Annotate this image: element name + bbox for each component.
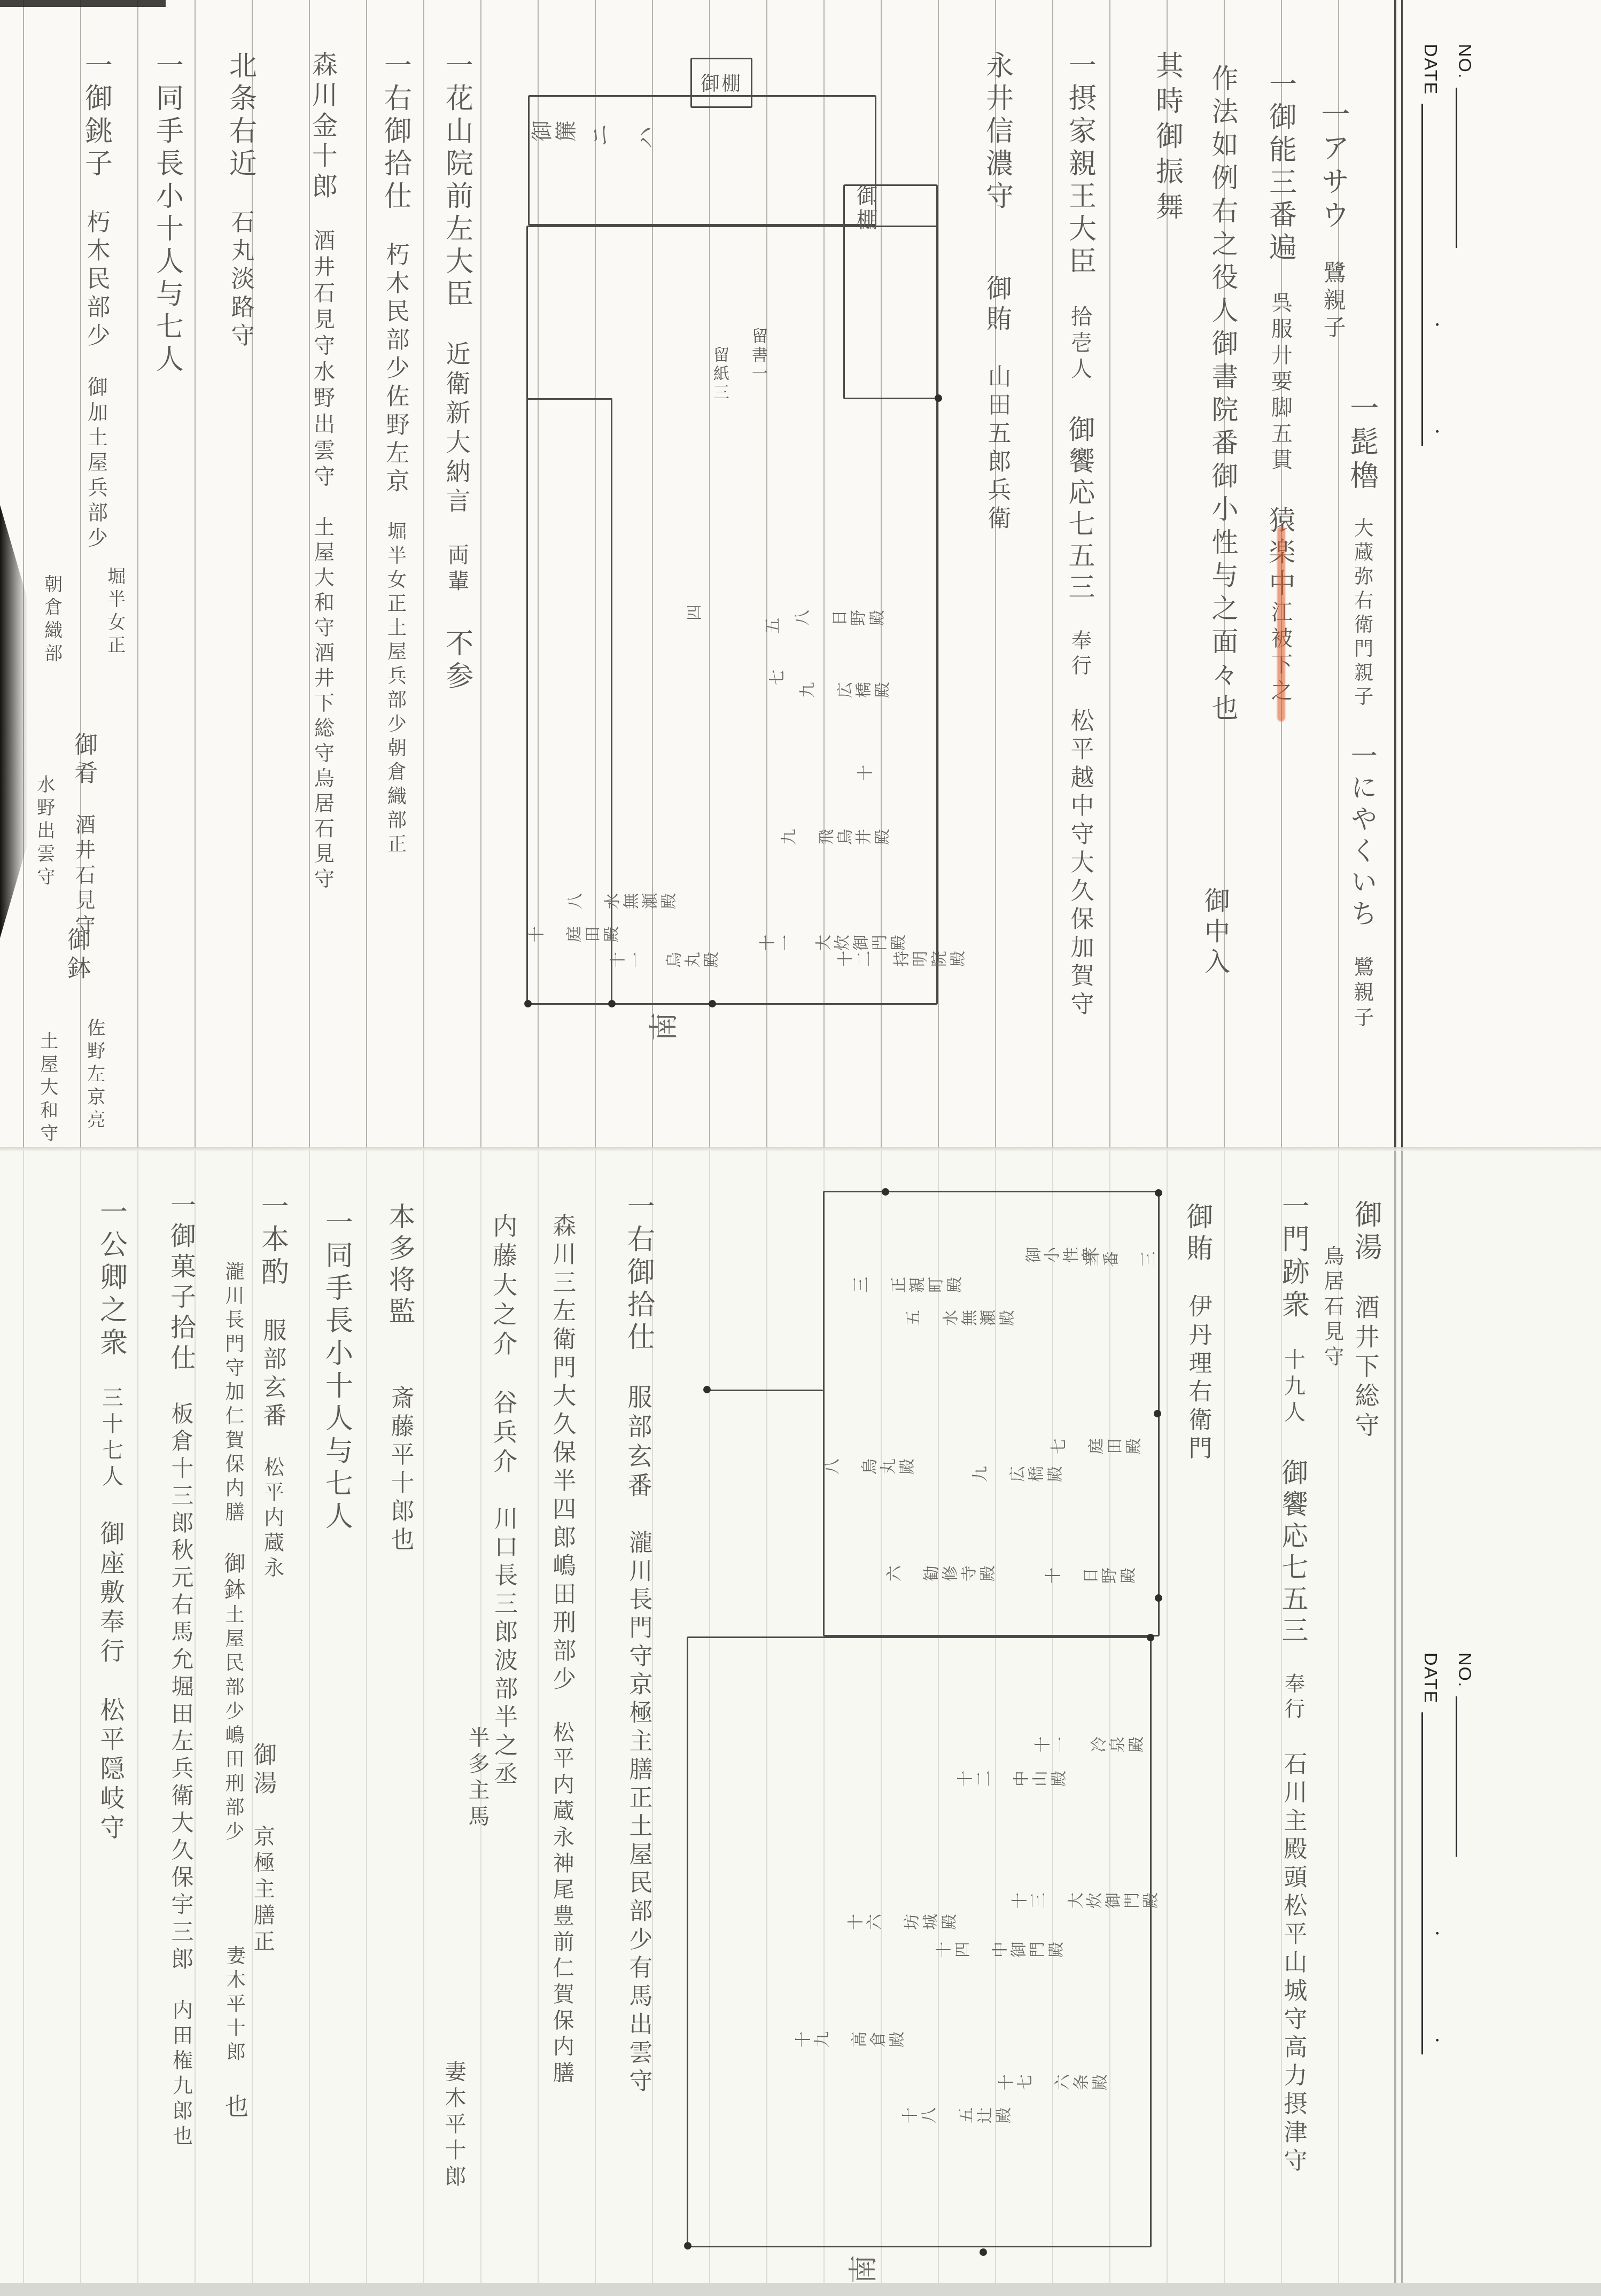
handwritten-text: 十九人: [1281, 1322, 1305, 1427]
seat-name-label: 南: [848, 2251, 880, 2292]
handwritten-text: 奉行: [1281, 1648, 1305, 1723]
handwritten-column: 瀧川長門守加仁賀保内膳 御鉢土屋民部少嶋田刑部少: [222, 1261, 244, 1845]
diagram-corner-dot: [703, 1386, 711, 1393]
handwritten-text: 一御菓子拾仕: [166, 1192, 196, 1375]
seat-name-label: 十六 坊城殿: [847, 1912, 959, 1936]
handwritten-column: 妻木平十郎: [442, 2060, 465, 2191]
handwritten-column: 御湯 酒井下総守: [1351, 1200, 1380, 1441]
handwritten-text: 波部半之丞: [490, 1648, 517, 1789]
seat-name-label: 十 日野殿: [1045, 1566, 1138, 1589]
seating-diagram-box: [687, 1636, 1152, 2247]
seating-diagram-line: [707, 1390, 823, 1391]
handwritten-text: 本多将監: [385, 1203, 416, 1329]
diagram-corner-dot: [1155, 1594, 1162, 1602]
seat-name-label: 十二 中山殿: [957, 1769, 1069, 1793]
handwritten-text: 一公卿之衆: [95, 1197, 127, 1360]
notebook-scan: NO. DATE ・ ・ NO. DATE ・ ・ 一髭櫓 大蔵弥右衛門親子 一…: [0, 0, 1601, 2296]
handwritten-text: 土屋民部少: [222, 1604, 244, 1725]
handwritten-column: 御湯 京極主膳正: [250, 1742, 275, 1956]
handwritten-text: 半多主馬: [465, 1726, 489, 1831]
handwritten-column: 一公卿之衆 三十七人 御座敷奉行 松平隠岐守: [96, 1197, 126, 1844]
handwritten-column: 一御菓子拾仕 板倉十三郎秋元右馬允堀田左兵衛大久保宇三郎 内田権九郎也: [167, 1192, 194, 2150]
handwritten-text: 御饗応七五三: [1278, 1427, 1309, 1648]
handwritten-text: 仁賀保内膳: [549, 1957, 574, 2088]
handwritten-column: 一門跡衆 十九人 御饗応七五三 奉行 石川主殿頭松平山城守高力摂津守: [1278, 1192, 1308, 2176]
seat-name-label: 十四 中御門殿: [935, 1940, 1066, 1964]
seat-name-label: 八 烏丸殿: [823, 1457, 917, 1480]
diagram-corner-dot: [1147, 1634, 1154, 1641]
diagram-corner-dot: [1154, 1410, 1161, 1417]
handwritten-text: 御鉢: [221, 1526, 245, 1604]
handwritten-text: 三十七人: [99, 1360, 123, 1491]
seat-name-label: 御小性衆: [1025, 1245, 1100, 1269]
handwritten-text: 加仁賀保内膳: [222, 1382, 244, 1526]
seat-name-label: 三 正親町殿: [852, 1275, 965, 1299]
handwritten-column: 妻木平十郎 也: [222, 1945, 246, 2122]
handwritten-text: 瀧川長門守: [625, 1502, 652, 1672]
handwritten-text: 板倉十三郎: [168, 1375, 194, 1538]
handwritten-text: 大久保宇三郎: [168, 1811, 194, 1974]
handwritten-text: 酒井下総守: [1351, 1265, 1380, 1441]
handwritten-text: 嶋田刑部少: [222, 1725, 244, 1845]
handwritten-text: 服部玄番: [624, 1355, 653, 1502]
handwritten-text: 御湯: [249, 1742, 276, 1799]
handwritten-text: 一本酌: [257, 1192, 289, 1290]
handwritten-text: 一右御拾仕: [623, 1192, 655, 1355]
handwritten-text: 内藤大之介: [489, 1213, 518, 1360]
handwritten-text: 服部玄番: [259, 1290, 286, 1431]
handwritten-text: 瀧川長門守: [222, 1261, 244, 1382]
handwritten-text: 土屋民部少: [625, 1813, 652, 1955]
handwritten-text: 森川三左衛門: [548, 1213, 576, 1383]
page-2-content: 御湯 酒井下総守鳥居石見守一門跡衆 十九人 御饗応七五三 奉行 石川主殿頭松平山…: [0, 0, 1601, 2296]
seat-name-label: 十九 高倉殿: [795, 2030, 907, 2053]
handwritten-text: 伊丹理右衛門: [1185, 1266, 1212, 1464]
handwritten-text: 松平内蔵永: [261, 1431, 284, 1582]
seat-name-label: 十七 六条殿: [998, 2073, 1110, 2096]
handwritten-column: 鳥居石見守: [1321, 1245, 1342, 1371]
handwritten-text: 大久保半四郎: [548, 1383, 576, 1553]
handwritten-text: 神尾豊前: [549, 1852, 574, 1957]
handwritten-column: 内藤大之介 谷兵介 川口長三郎波部半之丞: [491, 1213, 516, 1789]
handwritten-text: 京極主膳正: [250, 1799, 275, 1956]
handwritten-text: 秋元右馬允: [168, 1538, 194, 1674]
seat-name-label: 十一 冷泉殿: [1034, 1735, 1146, 1758]
handwritten-text: 京極主膳正: [625, 1672, 652, 1813]
handwritten-text: 川口長三郎: [490, 1478, 517, 1648]
handwritten-text: 高力摂津守: [1280, 2035, 1307, 2176]
handwritten-text: 妻木平十郎: [223, 1945, 245, 2066]
handwritten-text: 嶋田刑部少: [548, 1553, 576, 1695]
handwritten-text: 斎藤平十郎也: [387, 1329, 414, 1555]
handwritten-text: 也: [221, 2066, 248, 2122]
handwritten-text: 内田権九郎也: [169, 1974, 192, 2150]
handwritten-text: 松平隠岐守: [97, 1667, 126, 1844]
seat-name-label: 六 勧修寺殿: [885, 1564, 998, 1587]
seat-name-label: 七 庭田殿: [1050, 1437, 1144, 1460]
diagram-corner-dot: [882, 1188, 889, 1196]
handwritten-text: 鳥居石見守: [1320, 1245, 1344, 1371]
handwritten-text: 一門跡衆: [1277, 1192, 1309, 1322]
diagram-corner-dot: [980, 2248, 987, 2256]
handwritten-text: 松平内蔵永: [549, 1695, 574, 1852]
handwritten-column: 一右御拾仕 服部玄番 瀧川長門守京極主膳正土屋民部少有馬出雲守: [624, 1192, 653, 2097]
handwritten-text: 一同手長小十人与七人: [321, 1208, 353, 1534]
handwritten-text: 有馬出雲守: [625, 1955, 652, 2097]
handwritten-text: 妻木平十郎: [441, 2060, 466, 2191]
handwritten-column: 森川三左衛門大久保半四郎嶋田刑部少 松平内蔵永神尾豊前仁賀保内膳: [549, 1213, 574, 2088]
handwritten-text: 谷兵介: [489, 1360, 518, 1478]
handwritten-column: 一同手長小十人与七人: [322, 1208, 351, 1534]
handwritten-column: 本多将監 斎藤平十郎也: [386, 1203, 414, 1555]
diagram-corner-dot: [684, 2242, 691, 2250]
handwritten-text: 御賄: [1183, 1203, 1214, 1266]
handwritten-text: 石川主殿頭: [1280, 1723, 1307, 1893]
handwritten-text: 御座敷奉行: [97, 1491, 126, 1667]
seat-name-label: 十八 五辻殿: [901, 2106, 1014, 2129]
handwritten-text: 御湯: [1350, 1200, 1382, 1265]
diagram-corner-dot: [1155, 1189, 1162, 1197]
handwritten-text: 堀田左兵衛: [168, 1674, 194, 1811]
seat-name-label: 五 水無瀬殿: [905, 1308, 1017, 1332]
handwritten-text: 松平山城守: [1280, 1893, 1307, 2035]
seat-name-label: 九 広橋殿: [972, 1464, 1065, 1488]
handwritten-column: 半多主馬: [466, 1726, 488, 1831]
handwritten-column: 御賄 伊丹理右衛門: [1184, 1203, 1212, 1464]
seat-name-label: 十三 大炊御門殿: [1011, 1891, 1161, 1914]
handwritten-column: 一本酌 服部玄番 松平内蔵永: [258, 1192, 287, 1582]
